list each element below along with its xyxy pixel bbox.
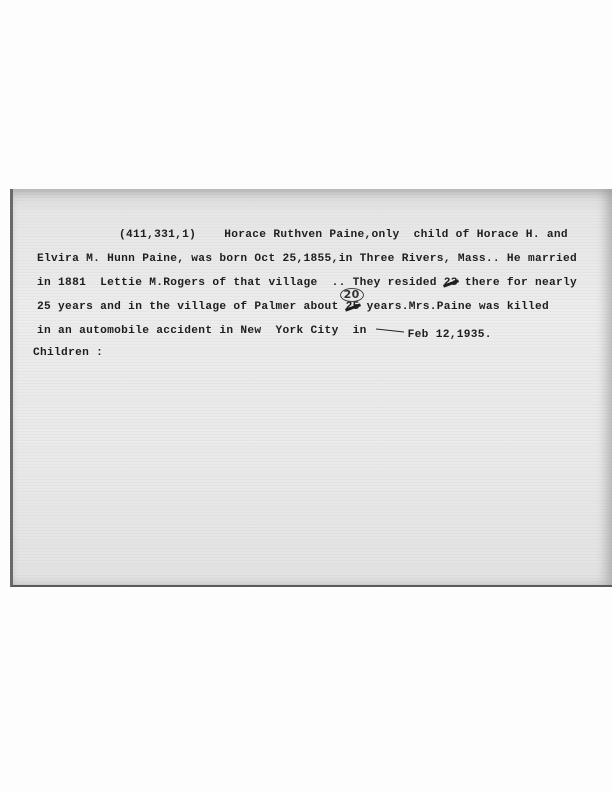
- record-line-1: (411,331,1) Horace Ruthven Paine,only ch…: [119, 229, 568, 241]
- death-date: Feb 12,1935.: [408, 329, 492, 341]
- struck-out-number: 23: [444, 277, 458, 289]
- record-line-2: Elvira M. Hunn Paine, was born Oct 25,18…: [37, 253, 577, 265]
- children-heading: Children :: [33, 347, 103, 359]
- record-id: (411,331,1): [119, 229, 196, 241]
- struck-out-number: 25: [346, 301, 360, 313]
- record-card: (411,331,1) Horace Ruthven Paine,only ch…: [10, 189, 612, 587]
- record-line-3: in 1881 Lettie M.Rogers of that village …: [37, 277, 577, 289]
- handwritten-dash: [376, 328, 404, 332]
- record-line-4: 25 years and in the village of Palmer ab…: [37, 301, 549, 313]
- record-line-5: in an automobile accident in New York Ci…: [37, 325, 492, 337]
- handwritten-correction: 20: [340, 288, 364, 302]
- subject-intro: Horace Ruthven Paine,only child of Horac…: [224, 229, 568, 241]
